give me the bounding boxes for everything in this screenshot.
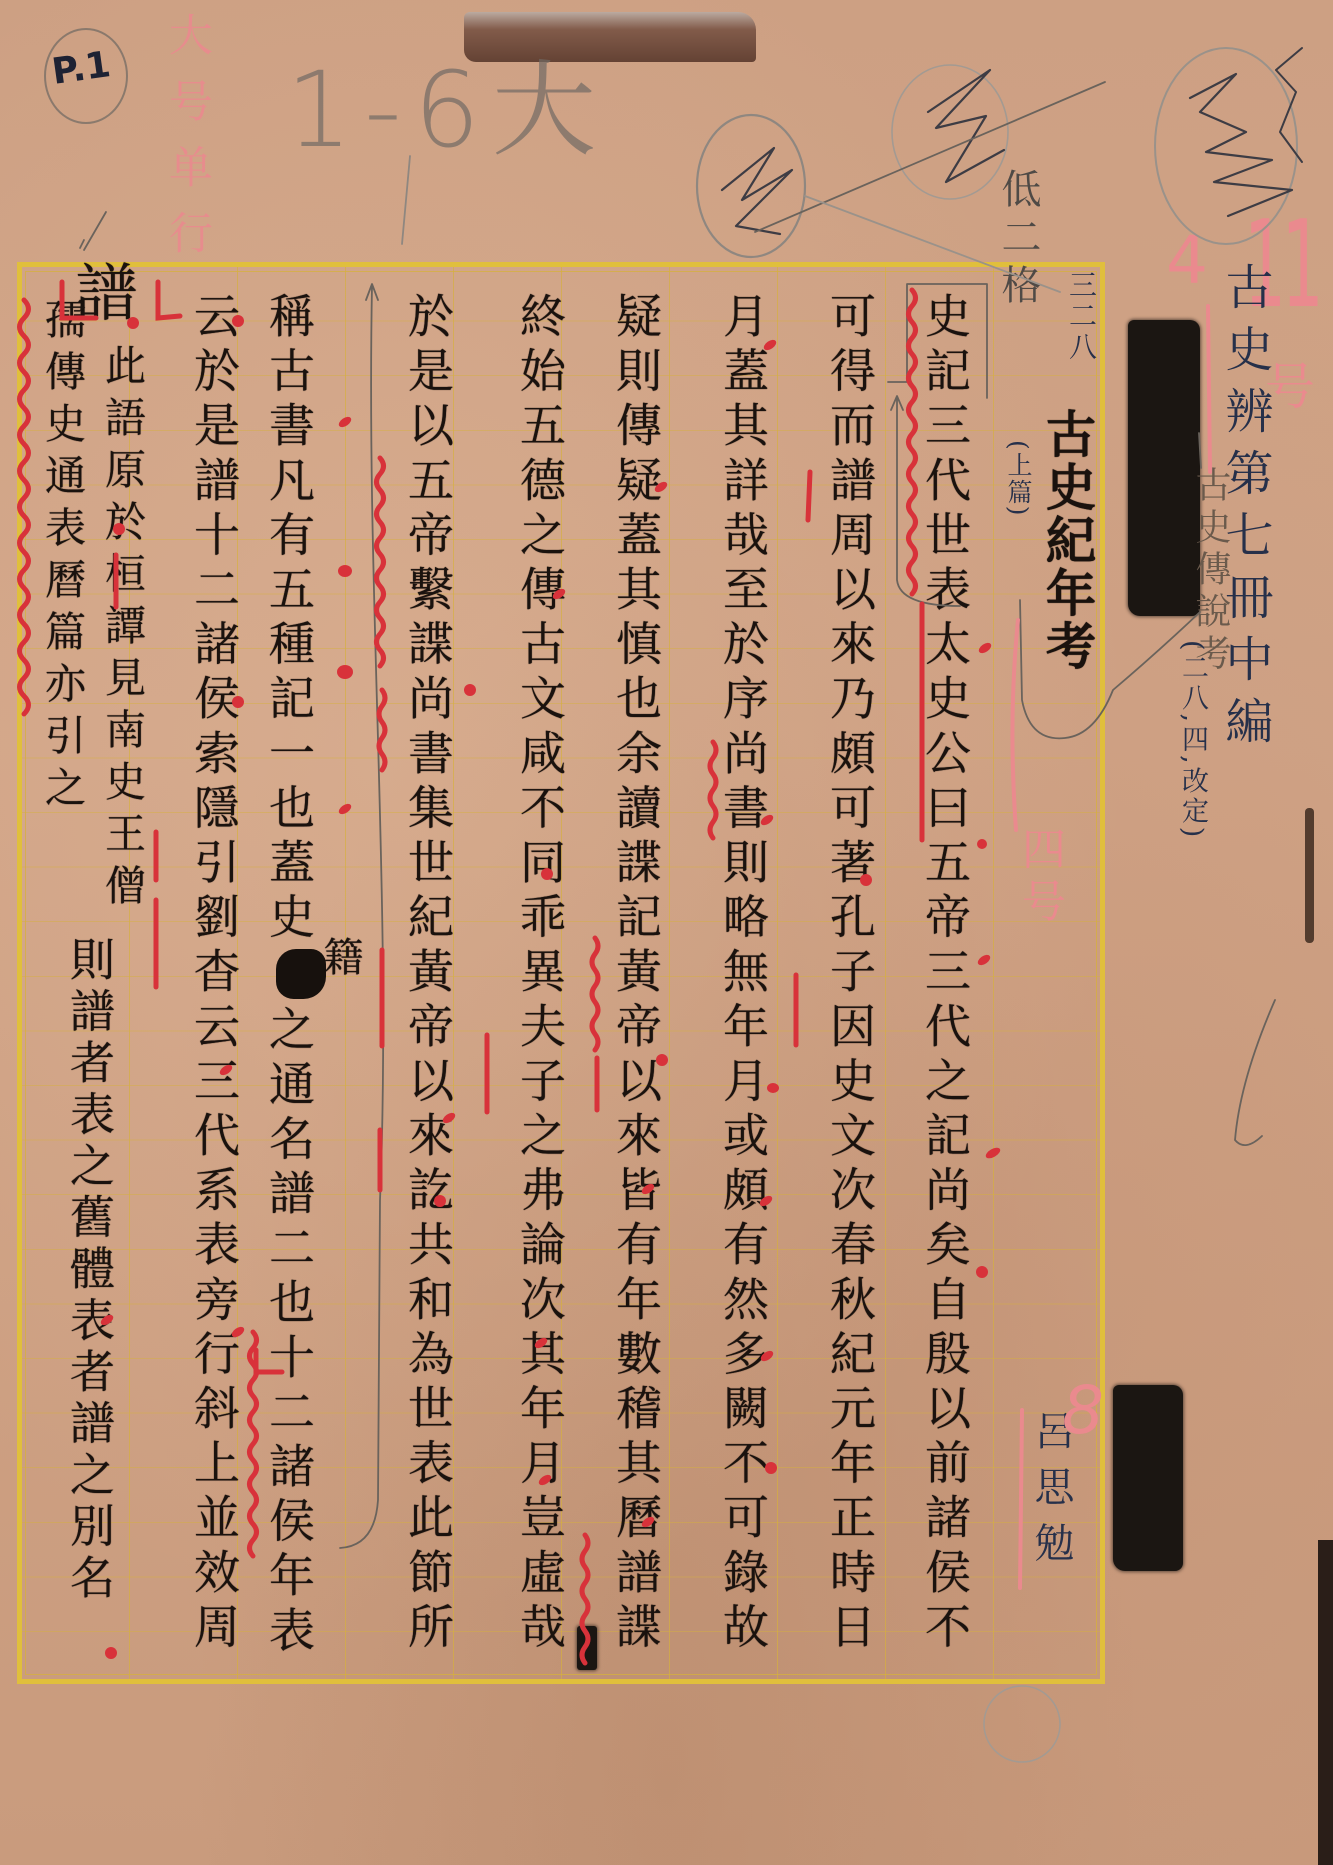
signature-circle-1 bbox=[697, 115, 805, 257]
check-mark bbox=[80, 212, 106, 250]
column-text-after: 之通名譜二也十二諸侯年表 bbox=[262, 1005, 316, 1660]
boxed-book-title: 史記 bbox=[918, 292, 972, 401]
article-part: (上篇) bbox=[1003, 440, 1033, 518]
pencil-diagonal-line bbox=[755, 82, 1105, 232]
inserted-correction: 籍 bbox=[318, 936, 362, 976]
body-column-8: 云於是譜十二諸侯索隱引劉杳云三代系表旁行斜上並效周 bbox=[184, 292, 244, 1657]
interlinear-note-left: 孺傳史通表曆篇亦引之 bbox=[38, 298, 86, 818]
typesetting-note-red: 大号单行 bbox=[160, 12, 212, 276]
indent-note: 低二格 bbox=[994, 168, 1042, 312]
red-note-four: 4 bbox=[1166, 222, 1208, 299]
page-number: 三二八 bbox=[1064, 270, 1098, 363]
signature-scribble-3 bbox=[1190, 74, 1292, 216]
body-column-7: 稱古書凡有五種記一也蓋史之通名譜二也十二諸侯年表 bbox=[266, 292, 326, 1660]
redaction-block-bottom bbox=[1113, 1385, 1183, 1571]
body-column-3: 月蓋其詳哉至於序尚書則略無年月或頗有然多闕不可錄故 bbox=[713, 292, 773, 1657]
right-edge-shadow bbox=[1318, 1540, 1333, 1865]
body-column-9-tail: 則譜者表之舊體表者譜之別名 bbox=[58, 936, 118, 1606]
right-margin-curve bbox=[1235, 1000, 1275, 1145]
body-column-6: 於是以五帝繫諜尚書集世紀黃帝以來訖共和為世表此節所 bbox=[398, 292, 458, 1657]
ink-blot-small bbox=[577, 1626, 597, 1670]
signature-circle-2 bbox=[892, 65, 1008, 199]
title-size-note: 四号 bbox=[1014, 826, 1064, 930]
page-marker: P.1 bbox=[49, 44, 113, 93]
body-column-1: 史記三代世表太史公曰五帝三代之記尚矣自殷以前諸侯不 bbox=[915, 292, 975, 1657]
bottom-stamp-circle bbox=[984, 1686, 1060, 1762]
author-size-note: 8 bbox=[1062, 1372, 1104, 1449]
interlinear-note-right: 此語原於桓譚見南史王僧 bbox=[98, 344, 146, 916]
signature-scribble-1 bbox=[722, 148, 792, 234]
pencil-range-note: 1-6大 bbox=[286, 26, 608, 176]
red-guide-line-header bbox=[1208, 306, 1210, 472]
signature-scribble-4 bbox=[1276, 48, 1302, 162]
right-edge-stain bbox=[1305, 808, 1314, 943]
column-text: 三代世表太史公曰五帝三代之記尚矣自殷以前諸侯不 bbox=[918, 401, 972, 1657]
manuscript-page: P.1 大号单行 1-6大 低二格 4 11 号 古史辨第七冊中編 古史傳說考 … bbox=[0, 0, 1333, 1865]
body-column-4: 疑則傳疑蓋其慎也余讀諜記黃帝以來皆有年數稽其曆譜諜 bbox=[606, 292, 666, 1657]
revision-date-note: (二八,四,改定) bbox=[1176, 640, 1208, 840]
article-title: 古史紀年考 bbox=[1036, 408, 1098, 673]
body-column-5: 終始五德之傳古文咸不同乖異夫子之弗論次其年月豈虛哉 bbox=[510, 292, 570, 1657]
signature-scribble-2 bbox=[928, 70, 1004, 182]
column-text-before: 稱古書凡有五種記一也蓋史 bbox=[262, 292, 316, 947]
body-column-2: 可得而譜周以來乃頗可著孔子因史文次春秋紀元年正時日 bbox=[820, 292, 880, 1657]
